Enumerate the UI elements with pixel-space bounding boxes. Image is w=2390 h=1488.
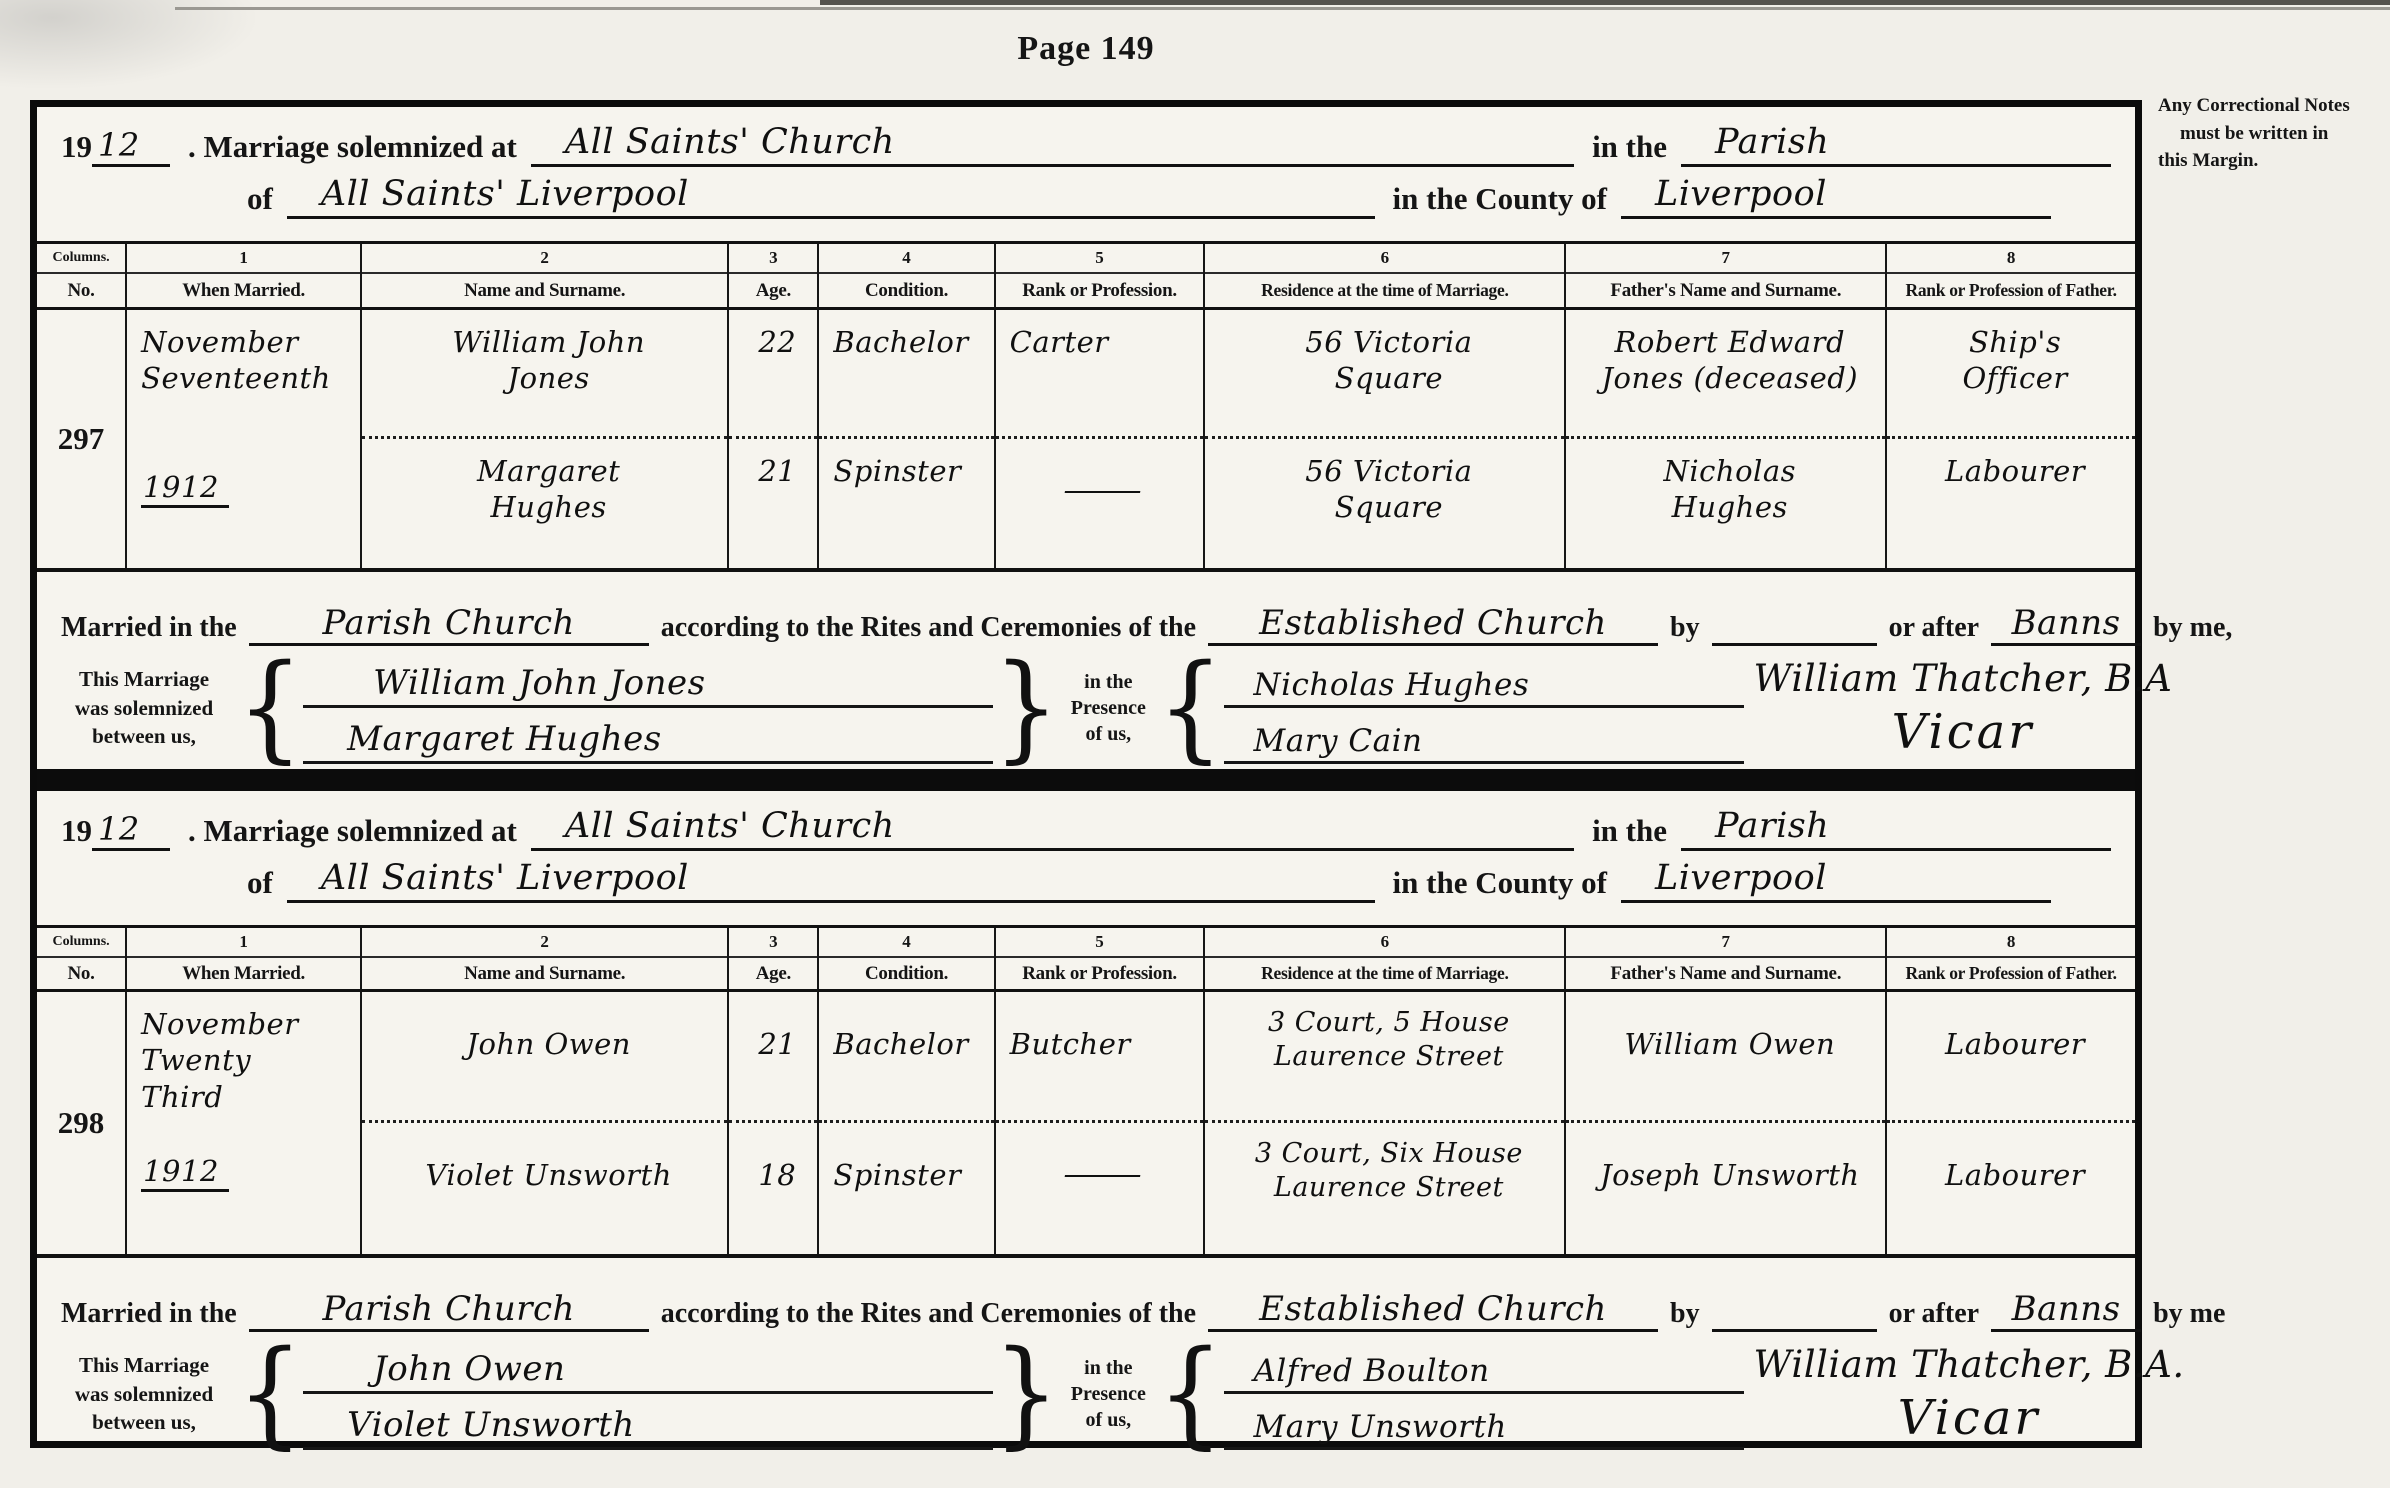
groom-rank: Carter <box>996 310 1204 439</box>
presence-label: in the Presence of us, <box>1059 1355 1157 1433</box>
bride-father-rank: Labourer <box>1887 1123 2135 1254</box>
of-label: of <box>247 181 287 219</box>
cell-residences: 56 Victoria Square 56 Victoria Square <box>1203 310 1564 568</box>
col-label: Age. <box>729 274 817 307</box>
groom-age: 22 <box>729 310 817 439</box>
by-blank-line <box>1712 643 1877 646</box>
col-num: 3 <box>729 244 817 274</box>
margin-note-line: Any Correctional Notes <box>2158 92 2386 120</box>
col-num: 3 <box>729 928 817 958</box>
cell-ages: 22 21 <box>727 310 817 568</box>
col-num: 4 <box>819 928 993 958</box>
by-me-label: by me <box>2141 1298 2225 1332</box>
when-married-year: 1912 <box>127 439 360 568</box>
of-label: of <box>247 865 287 903</box>
col-num: 6 <box>1205 244 1564 274</box>
cell-ranks: Carter ——— <box>994 310 1204 568</box>
entry-divider-bar <box>37 769 2135 791</box>
parish-handwritten: Parish <box>1681 122 2111 167</box>
married-in-line: Married in the Parish Church according t… <box>37 586 2135 646</box>
col-num: 1 <box>127 928 360 958</box>
rites-label: according to the Rites and Ceremonies of… <box>649 612 1208 646</box>
cell-conditions: Bachelor Spinster <box>817 310 993 568</box>
header-columns-no: Columns. No. <box>37 928 125 992</box>
col-label: Name and Surname. <box>362 274 727 307</box>
col-label: Rank or Profession of Father. <box>1887 958 2135 989</box>
label-line: Presence <box>1059 1381 1157 1407</box>
entry-header-line-2: of All Saints' Liverpool in the County o… <box>37 851 2135 903</box>
register-table: Columns. No. 1 When Married. 2 Name and … <box>37 925 2135 1258</box>
this-marriage-label: This Marriage was solemnized between us, <box>51 1351 237 1436</box>
columns-label: Columns. <box>37 244 125 274</box>
banns-handwritten: Banns <box>1991 603 2141 646</box>
col-label: Age. <box>729 958 817 989</box>
married-in-line: Married in the Parish Church according t… <box>37 1272 2135 1332</box>
rites-label: according to the Rites and Ceremonies of… <box>649 1298 1208 1332</box>
bride-signature: Violet Unsworth <box>303 1394 993 1450</box>
header-age: 3 Age. <box>727 244 817 310</box>
bride-residence: 3 Court, Six House Laurence Street <box>1205 1123 1564 1254</box>
col-label: Condition. <box>819 958 993 989</box>
header-when-married: 1 When Married. <box>125 928 360 992</box>
label-line: Presence <box>1059 695 1157 721</box>
col-num: 2 <box>362 244 727 274</box>
bride-father: Nicholas Hughes <box>1566 439 1885 568</box>
page-number: Page 149 <box>30 30 2142 68</box>
label-line: was solemnized <box>51 694 237 722</box>
or-after-label: or after <box>1877 612 1991 646</box>
groom-age: 21 <box>729 992 817 1123</box>
when-married-date: November Seventeenth <box>127 310 360 439</box>
year-handwritten: 12 <box>92 126 170 167</box>
brace-close: } <box>993 1342 1059 1447</box>
cell-names: William John Jones Margaret Hughes <box>360 310 727 568</box>
bride-age: 21 <box>729 439 817 568</box>
officiant-signature: William Thatcher, B.A <box>1754 657 2173 700</box>
witness-1-signature: Alfred Boulton <box>1224 1338 1744 1394</box>
signature-block: This Marriage was solemnized between us,… <box>37 646 2135 764</box>
year-value: 1912 <box>141 1153 229 1192</box>
groom-residence: 3 Court, 5 House Laurence Street <box>1205 992 1564 1123</box>
brace-open: { <box>1157 1342 1223 1447</box>
signature-block: This Marriage was solemnized between us,… <box>37 1332 2135 1450</box>
header-name-surname: 2 Name and Surname. <box>360 928 727 992</box>
header-father-rank: 8 Rank or Profession of Father. <box>1885 244 2135 310</box>
col-label: Rank or Profession. <box>996 274 1204 307</box>
church-name-handwritten: All Saints' Church <box>531 122 1574 167</box>
year-prefix: 19 <box>61 813 92 851</box>
col-num: 8 <box>1887 244 2135 274</box>
cell-father-ranks: Ship's Officer Labourer <box>1885 310 2135 568</box>
couple-signatures: William John Jones Margaret Hughes <box>303 652 993 764</box>
cell-father-ranks: Labourer Labourer <box>1885 992 2135 1254</box>
witness-signatures: Nicholas Hughes Mary Cain <box>1224 652 1744 764</box>
parish-handwritten: Parish <box>1681 806 2111 851</box>
scan-edge-line <box>175 7 2390 10</box>
witness-2-signature: Mary Unsworth <box>1224 1394 1744 1450</box>
bride-condition: Spinster <box>819 439 993 568</box>
col-num: 7 <box>1566 244 1885 274</box>
county-label: in the County of <box>1375 865 1621 903</box>
when-married-year: 1912 <box>127 1123 360 1254</box>
bride-father-rank: Labourer <box>1887 439 2135 568</box>
entry-header-line-1: 19 12 . Marriage solemnized at All Saint… <box>37 107 2135 167</box>
scan-edge-line-dark <box>820 0 2390 5</box>
in-the-label: in the <box>1574 813 1681 851</box>
no-label: No. <box>37 958 125 989</box>
header-age: 3 Age. <box>727 928 817 992</box>
margin-note-line: this Margin. <box>2158 147 2386 175</box>
margin-note-line: must be written in <box>2158 120 2386 148</box>
cell-ages: 21 18 <box>727 992 817 1254</box>
or-after-label: or after <box>1877 1298 1991 1332</box>
groom-father: Robert Edward Jones (deceased) <box>1566 310 1885 439</box>
bride-father: Joseph Unsworth <box>1566 1123 1885 1254</box>
married-in-label: Married in the <box>61 1298 249 1332</box>
groom-condition: Bachelor <box>819 310 993 439</box>
year-prefix: 19 <box>61 129 92 167</box>
header-residence: 6 Residence at the time of Marriage. <box>1203 244 1564 310</box>
year-value: 1912 <box>141 469 229 508</box>
col-label: When Married. <box>127 958 360 989</box>
col-num: 5 <box>996 244 1204 274</box>
witness-1-signature: Nicholas Hughes <box>1224 652 1744 708</box>
groom-name: William John Jones <box>362 310 727 439</box>
solemnized-at-label: . Marriage solemnized at <box>170 813 531 851</box>
label-line: in the <box>1059 1355 1157 1381</box>
when-married-date: November Twenty Third <box>127 992 360 1123</box>
bride-rank: ——— <box>996 1123 1204 1254</box>
bride-age: 18 <box>729 1123 817 1254</box>
couple-signatures: John Owen Violet Unsworth <box>303 1338 993 1450</box>
county-handwritten: Liverpool <box>1621 174 2051 219</box>
col-label: Father's Name and Surname. <box>1566 274 1885 307</box>
this-marriage-label: This Marriage was solemnized between us, <box>51 665 237 750</box>
cell-ranks: Butcher ——— <box>994 992 1204 1254</box>
cell-entry-number: 297 <box>37 310 125 568</box>
register-sheet: 19 12 . Marriage solemnized at All Saint… <box>30 100 2142 1448</box>
header-condition: 4 Condition. <box>817 244 993 310</box>
by-me-label: by me, <box>2141 612 2232 646</box>
cell-names: John Owen Violet Unsworth <box>360 992 727 1254</box>
by-label: by <box>1658 1298 1712 1332</box>
officiant-title: Vicar <box>1898 1390 2041 1446</box>
groom-rank: Butcher <box>996 992 1204 1123</box>
scanned-register-page: Page 149 Any Correctional Notes must be … <box>0 0 2390 1488</box>
marriage-entry-297: 19 12 . Marriage solemnized at All Saint… <box>37 107 2135 769</box>
bride-condition: Spinster <box>819 1123 993 1254</box>
cell-conditions: Bachelor Spinster <box>817 992 993 1254</box>
header-father-name: 7 Father's Name and Surname. <box>1564 244 1885 310</box>
brace-open: { <box>1157 656 1223 761</box>
officiant-block: William Thatcher, B.A Vicar <box>1744 657 2173 760</box>
cell-fathers: William Owen Joseph Unsworth <box>1564 992 1885 1254</box>
bride-residence: 56 Victoria Square <box>1205 439 1564 568</box>
groom-father: William Owen <box>1566 992 1885 1123</box>
entry-header-line-2: of All Saints' Liverpool in the County o… <box>37 167 2135 219</box>
register-table: Columns. No. 1 When Married. 2 Name and … <box>37 241 2135 572</box>
officiant-signature: William Thatcher, B.A. <box>1754 1343 2185 1386</box>
county-label: in the County of <box>1375 181 1621 219</box>
rites-church: Established Church <box>1208 1289 1658 1332</box>
bride-name: Margaret Hughes <box>362 439 727 568</box>
entry-number: 297 <box>58 421 105 457</box>
groom-father-rank: Ship's Officer <box>1887 310 2135 439</box>
entry-header-line-1: 19 12 . Marriage solemnized at All Saint… <box>37 791 2135 851</box>
header-rank-profession: 5 Rank or Profession. <box>994 244 1204 310</box>
marriage-entry-298: 19 12 . Marriage solemnized at All Saint… <box>37 791 2135 1441</box>
col-num: 6 <box>1205 928 1564 958</box>
cell-entry-number: 298 <box>37 992 125 1254</box>
header-rank-profession: 5 Rank or Profession. <box>994 928 1204 992</box>
brace-open: { <box>237 656 303 761</box>
col-label: Father's Name and Surname. <box>1566 958 1885 989</box>
rites-church: Established Church <box>1208 603 1658 646</box>
label-line: of us, <box>1059 1407 1157 1433</box>
brace-close: } <box>993 656 1059 761</box>
married-in-church: Parish Church <box>249 1289 649 1332</box>
parish-place-handwritten: All Saints' Liverpool <box>287 174 1375 219</box>
entry-number: 298 <box>58 1105 105 1141</box>
col-label: Residence at the time of Marriage. <box>1205 958 1564 989</box>
church-name-handwritten: All Saints' Church <box>531 806 1574 851</box>
header-columns-no: Columns. No. <box>37 244 125 310</box>
label-line: in the <box>1059 669 1157 695</box>
brace-open: { <box>237 1342 303 1447</box>
witness-signatures: Alfred Boulton Mary Unsworth <box>1224 1338 1744 1450</box>
groom-signature: William John Jones <box>303 652 993 708</box>
groom-name: John Owen <box>362 992 727 1123</box>
cell-when-married: November Twenty Third 1912 <box>125 992 360 1254</box>
county-handwritten: Liverpool <box>1621 858 2051 903</box>
solemnized-at-label: . Marriage solemnized at <box>170 129 531 167</box>
married-in-church: Parish Church <box>249 603 649 646</box>
cell-fathers: Robert Edward Jones (deceased) Nicholas … <box>1564 310 1885 568</box>
by-label: by <box>1658 612 1712 646</box>
col-label: Condition. <box>819 274 993 307</box>
label-line: was solemnized <box>51 1380 237 1408</box>
bride-rank: ——— <box>996 439 1204 568</box>
in-the-label: in the <box>1574 129 1681 167</box>
label-line: This Marriage <box>51 1351 237 1379</box>
year-handwritten: 12 <box>92 810 170 851</box>
col-num: 8 <box>1887 928 2135 958</box>
col-label: Residence at the time of Marriage. <box>1205 274 1564 307</box>
header-father-rank: 8 Rank or Profession of Father. <box>1885 928 2135 992</box>
cell-residences: 3 Court, 5 House Laurence Street 3 Court… <box>1203 992 1564 1254</box>
cell-when-married: November Seventeenth 1912 <box>125 310 360 568</box>
groom-signature: John Owen <box>303 1338 993 1394</box>
bride-name: Violet Unsworth <box>362 1123 727 1254</box>
col-label: Rank or Profession. <box>996 958 1204 989</box>
parish-place-handwritten: All Saints' Liverpool <box>287 858 1375 903</box>
margin-note: Any Correctional Notes must be written i… <box>2158 92 2386 175</box>
banns-handwritten: Banns <box>1991 1289 2141 1332</box>
officiant-title: Vicar <box>1892 704 2035 760</box>
by-blank-line <box>1712 1329 1877 1332</box>
col-num: 2 <box>362 928 727 958</box>
label-line: of us, <box>1059 721 1157 747</box>
header-residence: 6 Residence at the time of Marriage. <box>1203 928 1564 992</box>
col-num: 4 <box>819 244 993 274</box>
witness-2-signature: Mary Cain <box>1224 708 1744 764</box>
label-line: This Marriage <box>51 665 237 693</box>
header-name-surname: 2 Name and Surname. <box>360 244 727 310</box>
columns-label: Columns. <box>37 928 125 958</box>
label-line: between us, <box>51 722 237 750</box>
bride-signature: Margaret Hughes <box>303 708 993 764</box>
married-in-label: Married in the <box>61 612 249 646</box>
label-line: between us, <box>51 1408 237 1436</box>
col-num: 7 <box>1566 928 1885 958</box>
col-num: 5 <box>996 928 1204 958</box>
header-father-name: 7 Father's Name and Surname. <box>1564 928 1885 992</box>
col-num: 1 <box>127 244 360 274</box>
groom-condition: Bachelor <box>819 992 993 1123</box>
no-label: No. <box>37 274 125 307</box>
groom-residence: 56 Victoria Square <box>1205 310 1564 439</box>
col-label: Name and Surname. <box>362 958 727 989</box>
presence-label: in the Presence of us, <box>1059 669 1157 747</box>
officiant-block: William Thatcher, B.A. Vicar <box>1744 1343 2185 1446</box>
col-label: Rank or Profession of Father. <box>1887 274 2135 307</box>
header-condition: 4 Condition. <box>817 928 993 992</box>
groom-father-rank: Labourer <box>1887 992 2135 1123</box>
col-label: When Married. <box>127 274 360 307</box>
header-when-married: 1 When Married. <box>125 244 360 310</box>
